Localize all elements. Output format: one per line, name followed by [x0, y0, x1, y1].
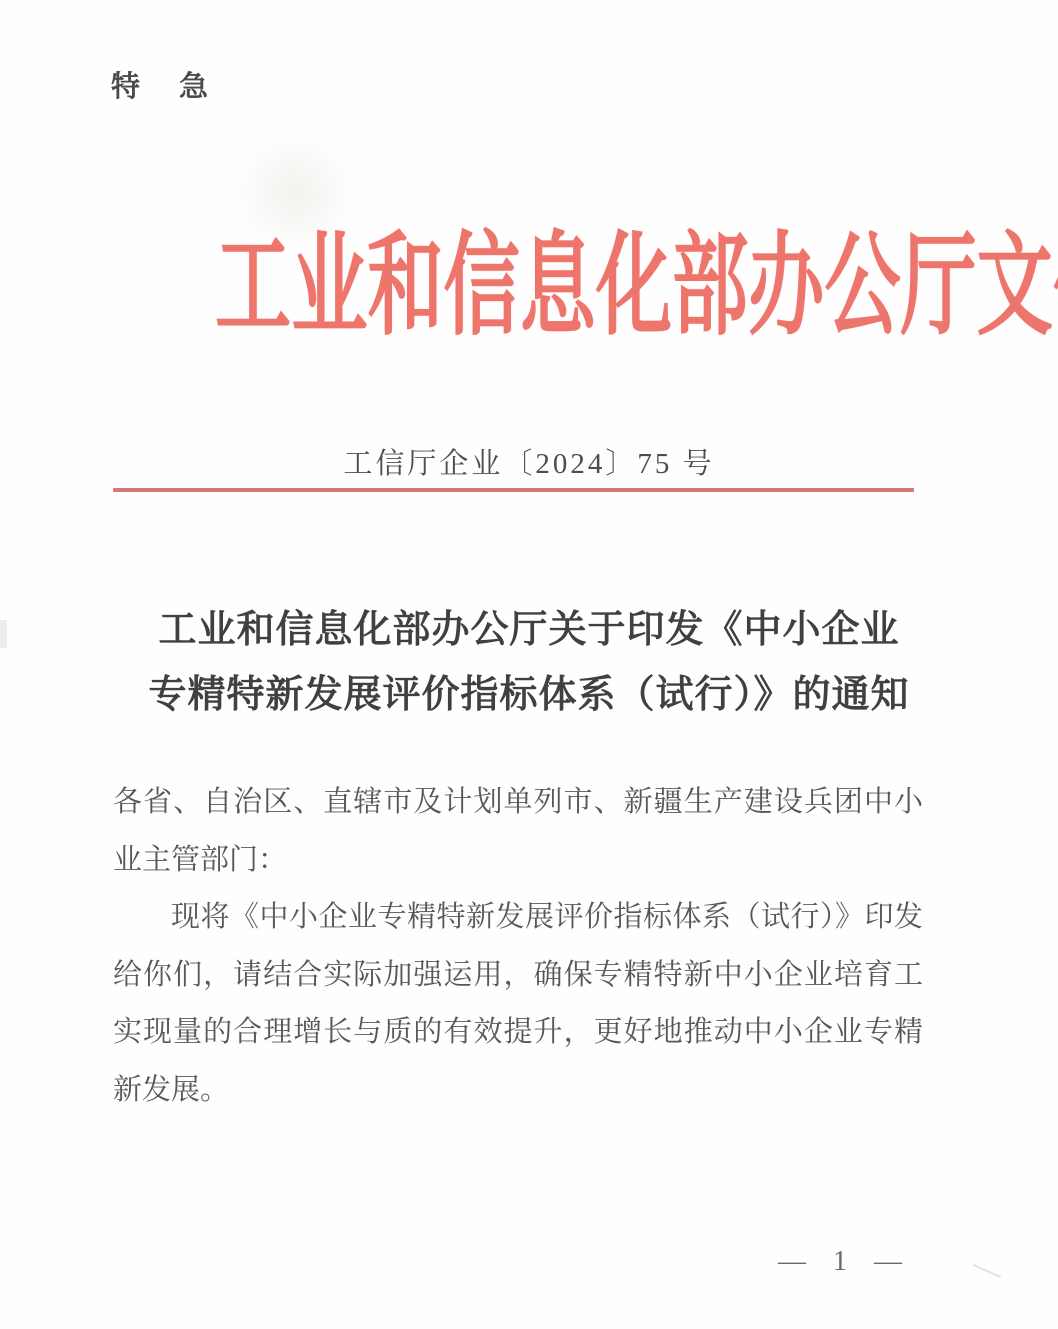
- letterhead-agency-title: 工业和信息化部办公厅文件: [215, 228, 1058, 346]
- document-number: 工信厅企业〔2024〕75 号: [0, 441, 1058, 482]
- scan-corner-artifact: [973, 1264, 1001, 1278]
- salutation-line-2: 业主管部门：: [113, 832, 923, 890]
- notice-title-line-1: 工业和信息化部办公厅关于印发《中小企业: [0, 598, 1058, 663]
- salutation-line-1: 各省、自治区、直辖市及计划单列市、新疆生产建设兵团中小企: [113, 774, 923, 832]
- notice-body: 各省、自治区、直辖市及计划单列市、新疆生产建设兵团中小企 业主管部门： 现将《中…: [113, 774, 923, 1120]
- notice-title: 工业和信息化部办公厅关于印发《中小企业 专精特新发展评价指标体系（试行）》的通知: [0, 598, 1058, 728]
- notice-title-line-2: 专精特新发展评价指标体系（试行）》的通知: [0, 663, 1058, 728]
- urgency-label: 特 急: [111, 64, 213, 105]
- paragraph-line-3: 实现量的合理增长与质的有效提升，更好地推动中小企业专精特: [113, 1004, 923, 1062]
- red-divider-line: [113, 488, 914, 492]
- paragraph-line-4: 新发展。: [113, 1062, 923, 1120]
- paragraph-line-2: 给你们，请结合实际加强运用，确保专精特新中小企业培育工作: [113, 947, 923, 1005]
- document-page: 特 急 工业和信息化部办公厅文件 工信厅企业〔2024〕75 号 工业和信息化部…: [0, 0, 1058, 1329]
- page-number: — 1 —: [740, 1246, 950, 1278]
- paragraph-line-1: 现将《中小企业专精特新发展评价指标体系（试行）》印发: [113, 889, 923, 947]
- letterhead: 工业和信息化部办公厅文件: [0, 228, 1058, 352]
